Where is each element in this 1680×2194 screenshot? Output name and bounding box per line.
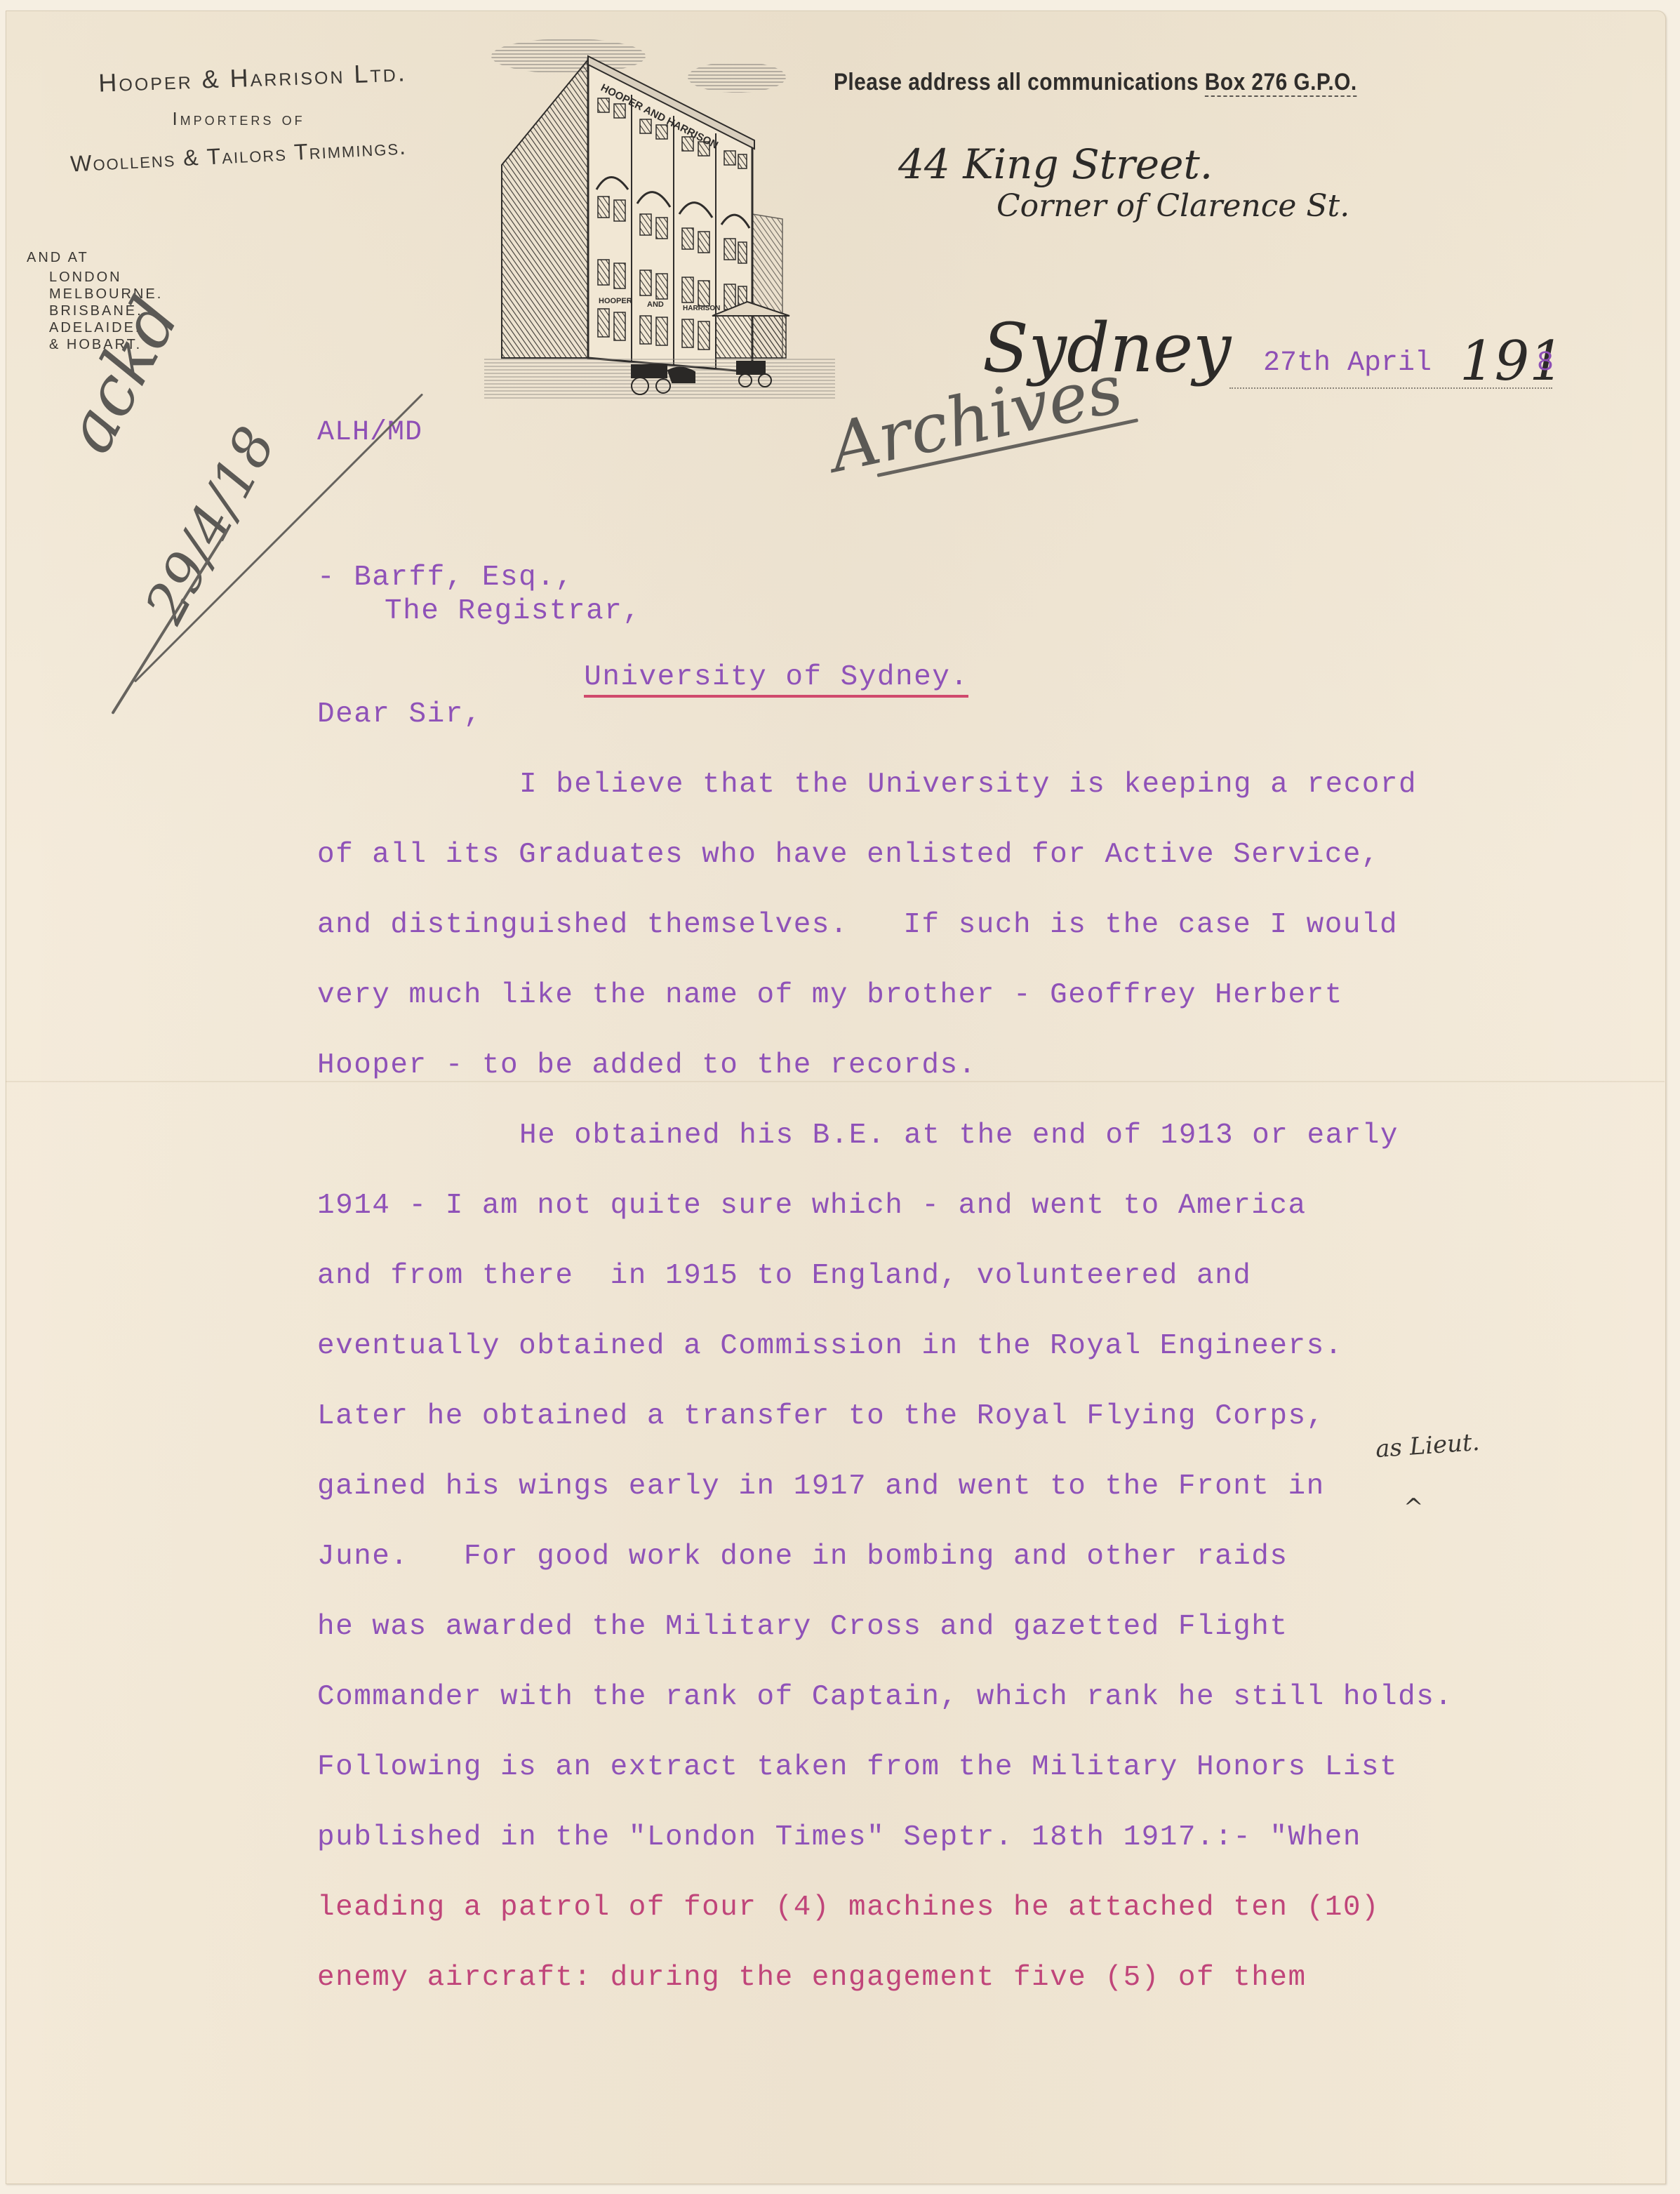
body-line: and distinguished themselves. If such is… <box>317 909 1398 941</box>
body-line: Hooper - to be added to the records. <box>317 1049 977 1082</box>
company-letterhead: Hooper & Harrison Ltd. Importers of Wool… <box>42 63 435 168</box>
body-line: published in the "London Times" Septr. 1… <box>317 1821 1361 1854</box>
street-corner: Corner of Clarence St. <box>996 188 1349 224</box>
body-line: He obtained his B.E. at the end of 1913 … <box>519 1119 1399 1152</box>
insertion-caret-icon: ^ <box>1404 1494 1424 1522</box>
body-line: of all its Graduates who have enlisted f… <box>317 839 1380 871</box>
recipient-institution: University of Sydney. <box>584 661 968 698</box>
body-line: Commander with the rank of Captain, whic… <box>317 1681 1453 1713</box>
body-line: I believe that the University is keeping… <box>519 769 1417 801</box>
salutation: Dear Sir, <box>317 698 482 731</box>
branches-label: AND AT <box>27 249 163 266</box>
typed-year-digit: 8 <box>1537 347 1554 379</box>
company-name: Hooper & Harrison Ltd. <box>69 57 435 99</box>
body-line: Following is an extract taken from the M… <box>317 1751 1398 1783</box>
recipient-name: - Barff, Esq., <box>317 561 573 594</box>
building-engraving-image: HOOPER AND HARRISON <box>484 28 835 519</box>
reference-code: ALH/MD <box>317 417 422 448</box>
street-address: 44 King Street. <box>898 140 1213 188</box>
body-line: and from there in 1915 to England, volun… <box>317 1260 1251 1292</box>
building-sign-ground-2: AND <box>647 300 664 309</box>
body-line: he was awarded the Military Cross and ga… <box>317 1611 1288 1643</box>
typed-date: 27th April <box>1263 347 1432 379</box>
address-note-text: Please address all communications <box>834 69 1199 95</box>
po-box: Box 276 G.P.O. <box>1205 69 1357 97</box>
company-tagline: Importers of <box>42 108 435 130</box>
building-sign-ground-3: HARRISON <box>683 305 720 312</box>
body-line: June. For good work done in bombing and … <box>317 1541 1288 1573</box>
body-line: enemy aircraft: during the engagement fi… <box>317 1962 1307 1994</box>
recipient-institution-wrap: University of Sydney. <box>547 629 968 693</box>
letter-paper <box>6 11 1666 2184</box>
body-line: 1914 - I am not quite sure which - and w… <box>317 1190 1307 1222</box>
building-sign-ground-1: HOOPER <box>599 297 632 305</box>
body-line: leading a patrol of four (4) machines he… <box>317 1892 1380 1924</box>
recipient-title: The Registrar, <box>385 595 641 627</box>
body-line: gained his wings early in 1917 and went … <box>317 1470 1325 1503</box>
postal-address-note: Please address all communications Box 27… <box>834 69 1357 96</box>
body-line: very much like the name of my brother - … <box>317 979 1343 1011</box>
body-line: eventually obtained a Commission in the … <box>317 1330 1343 1362</box>
body-line: Later he obtained a transfer to the Roya… <box>317 1400 1325 1432</box>
branch-city: LONDON <box>27 269 163 286</box>
